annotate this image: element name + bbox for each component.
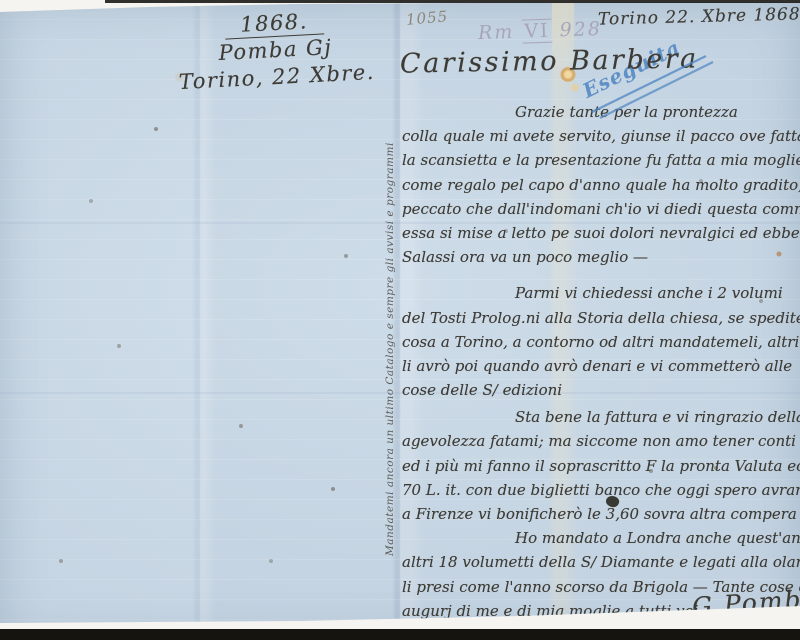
- paper-specks: [0, 0, 2, 2]
- scanned-letter-page: 1868. Pomba Gj Torino, 22 Xbre. 1055 Rm …: [0, 0, 800, 640]
- letter-salutation: Carissimo Barbera: [400, 43, 699, 79]
- letter-line: come regalo pel capo d'anno quale ha mol…: [402, 173, 798, 197]
- letter-body: Grazie tante per la prontezza colla qual…: [402, 100, 798, 623]
- letter-line: ed i più mi fanno il soprascritto F la p…: [402, 454, 798, 478]
- letter-line: agevolezza fatami; ma siccome non amo te…: [402, 429, 798, 453]
- letter-line: peccato che dall'indomani ch'io vi diedi…: [402, 197, 798, 221]
- letter-line: cose delle S/ edizioni: [402, 378, 798, 402]
- letter-line: 70 L. it. con due biglietti banco che og…: [402, 478, 798, 502]
- letter-line: del Tosti Prolog.ni alla Storia della ch…: [402, 306, 798, 330]
- registry-mark: Rm VI 928: [478, 18, 603, 44]
- letter-line: Grazie tante per la prontezza: [402, 100, 798, 124]
- pencil-number-note: 1055: [405, 7, 449, 29]
- margin-vertical-note: Mandatemi ancora un ultimo Catalogo e se…: [384, 114, 396, 556]
- scan-top-edge: [105, 0, 800, 3]
- letter-line: essa si mise a letto pe suoi dolori nevr…: [402, 221, 798, 245]
- letter-line: li avrò poi quando avrò denari e vi comm…: [402, 354, 798, 378]
- letter-line: Parmi vi chiedessi anche i 2 volumi: [402, 281, 798, 305]
- registry-roman-numeral: VI: [522, 19, 552, 44]
- letter-line: colla quale mi avete servito, giunse il …: [402, 124, 798, 148]
- paper-stain: [570, 83, 580, 92]
- letter-line: Sta bene la fattura e vi ringrazio della: [402, 405, 798, 429]
- registry-prefix: Rm: [478, 21, 515, 44]
- letter-paper: 1868. Pomba Gj Torino, 22 Xbre. 1055 Rm …: [0, 0, 800, 640]
- letter-line: la scansietta e la presentazione fu fatt…: [402, 148, 798, 172]
- letter-line: Salassi ora va un poco meglio —: [402, 245, 798, 269]
- letter-dateline: Torino 22. Xbre 1868: [598, 4, 800, 29]
- registry-number: 928: [559, 18, 602, 41]
- letter-line: a Firenze vi bonificherò le 3,60 sovra a…: [402, 502, 798, 526]
- archival-notes-block: 1868. Pomba Gj Torino, 22 Xbre.: [156, 4, 395, 97]
- letter-line: Ho mandato a Londra anche quest'anno: [402, 526, 798, 550]
- letter-line: altri 18 volumetti della S/ Diamante e l…: [402, 550, 798, 574]
- scan-bottom-edge: [0, 629, 800, 640]
- letter-line: cosa a Torino, a contorno od altri manda…: [402, 330, 798, 354]
